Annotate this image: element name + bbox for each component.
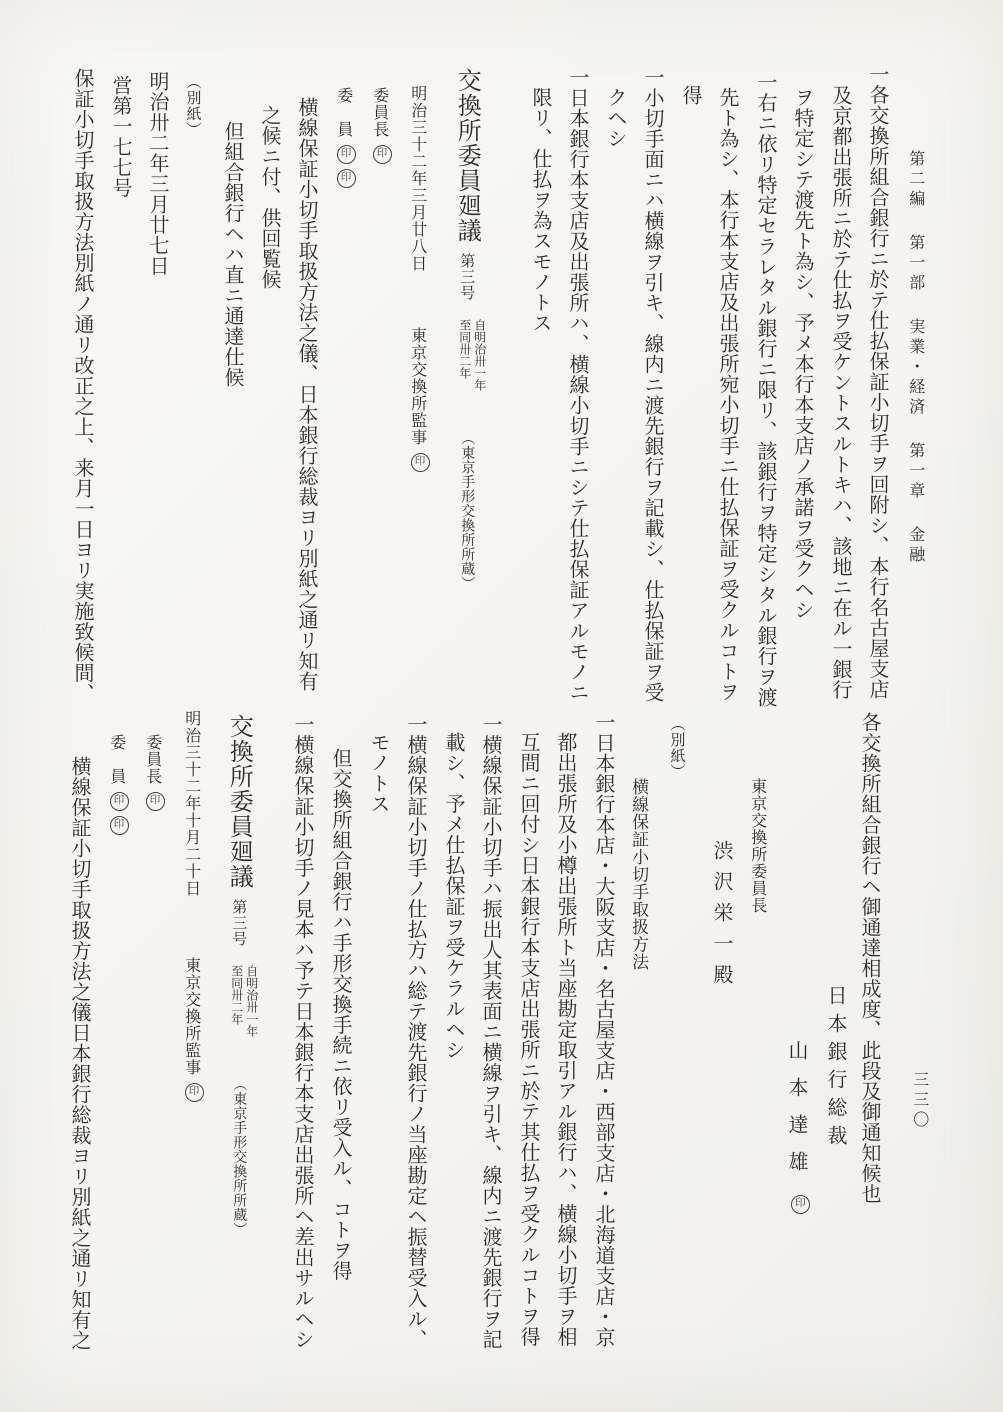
text-run: 交換所委員廻議 [222, 714, 253, 889]
text-run: 一日本銀行本店・大阪支店・名古屋支店・西部支店・北海道支店・京 [590, 712, 616, 1348]
second-notice: 三三〇各交換所組合銀行ヘ御通達相成度、此段及御通知候也日本銀行総裁山本達雄印東京… [0, 0, 1003, 1412]
page-number: 三三〇 [908, 1071, 929, 1131]
text-run: 山本達雄 [783, 1040, 809, 1188]
addressee-name: 渋沢栄一殿 [708, 840, 734, 995]
rule-1-line-1: 一日本銀行本店・大阪支店・名古屋支店・西部支店・北海道支店・京 [590, 712, 616, 1348]
text-run: モノトス [365, 732, 391, 814]
rule-2-line-1: 一横線保証小切手ハ振出人其表面ニ横線ヲ引キ、線内ニ渡先銀行ヲ記 [477, 714, 503, 1350]
chairman-signature-2: 委員長印 [141, 734, 165, 811]
text-run: 明治三十二年十月二十日 [180, 710, 201, 897]
rules-title: 横線保証小切手取扱方法 [627, 778, 649, 971]
text-run: 一横線保証小切手ノ仕払方ハ総テ渡先銀行ノ当座勘定ヘ振替受入ル、 [402, 714, 428, 1350]
governor-name: 山本達雄印 [783, 1040, 810, 1214]
governor-title: 日本銀行総裁 [822, 985, 848, 1153]
date-range-to: 至同卅二年 [229, 965, 244, 1037]
rule-3-proviso: 但交換所組合銀行ハ手形交換手続ニ依リ受入ル、コトヲ得 [327, 748, 353, 1281]
text-run: 東京交換所監事 [180, 957, 201, 1076]
text-run: 自明治卅一年至同卅二年 [229, 965, 259, 1037]
governor-seal-icon: 印 [791, 1195, 810, 1214]
auditor-seal-icon-2: 印 [185, 1083, 204, 1102]
text-run: 各交換所組合銀行ヘ御通達相成度、此段及御通知候也 [856, 712, 882, 1204]
rule-1-line-3: 互間ニ回付シ日本銀行本支店出張所ニ於テ其仕払ヲ受クルコトヲ得 [515, 732, 541, 1347]
text-run: 一横線保証小切手ノ見本ハ予テ日本銀行本支店出張所ヘ差出サルヘシ [289, 714, 315, 1350]
attachment-label-2: （別紙） [666, 716, 686, 780]
text-run: 但交換所組合銀行ハ手形交換手続ニ依リ受入ル、コトヲ得 [327, 748, 353, 1281]
chairman-seal-icon-2: 印 [146, 792, 165, 811]
text-run: 互間ニ回付シ日本銀行本支店出張所ニ於テ其仕払ヲ受クルコトヲ得 [515, 732, 541, 1347]
text-run: 東京交換所委員長 [746, 778, 767, 914]
source-heading-2: 交換所委員廻議第三号自明治卅一年至同卅二年（東京手形交換所所蔵） [222, 714, 259, 1237]
rule-2-line-2: 載シ、予メ仕払保証ヲ受ケラルヘシ [440, 732, 466, 1060]
date-range-from: 自明治卅一年 [244, 965, 259, 1037]
text-run: （東京手形交換所所蔵） [229, 1077, 247, 1237]
text-run: 三三〇 [908, 1071, 929, 1131]
addressee-title: 東京交換所委員長 [746, 778, 767, 914]
text-run: 一横線保証小切手ハ振出人其表面ニ横線ヲ引キ、線内ニ渡先銀行ヲ記 [477, 714, 503, 1350]
book-page: 第二編第一部実業・経済第一章金融一各交換所組合銀行ニ於テ仕払保証小切手ヲ回附シ、… [0, 0, 1003, 1412]
text-run: 第三号 [228, 899, 248, 947]
rule-4-line-1: 一横線保証小切手ノ見本ハ予テ日本銀行本支店出張所ヘ差出サルヘシ [289, 714, 315, 1350]
text-run: 委員長 [141, 734, 162, 785]
rule-1-line-2: 都出張所及小樽出張所ト当座勘定取引アル銀行ハ、横線小切手ヲ相 [552, 732, 578, 1347]
text-run: 都出張所及小樽出張所ト当座勘定取引アル銀行ハ、横線小切手ヲ相 [552, 732, 578, 1347]
text-run: 委 員 [105, 734, 126, 785]
text-run: 渋沢栄一殿 [708, 840, 734, 995]
date-and-auditor-2: 明治三十二年十月二十日東京交換所監事印 [180, 710, 204, 1102]
rule-3-line-2: モノトス [365, 732, 391, 814]
rule-3-line-1: 一横線保証小切手ノ仕払方ハ総テ渡先銀行ノ当座勘定ヘ振替受入ル、 [402, 714, 428, 1350]
text-run: 載シ、予メ仕払保証ヲ受ケラルヘシ [440, 732, 466, 1060]
letter-body-line-2: 各交換所組合銀行ヘ御通達相成度、此段及御通知候也 [856, 712, 882, 1204]
member-seal-icon-3: 印 [110, 792, 129, 811]
text-run: 横線保証小切手取扱方法之儀日本銀行総裁ヨリ別紙之通リ知有之 [66, 756, 92, 1351]
member-seal-icon-4: 印 [110, 816, 129, 835]
circular-body-2: 横線保証小切手取扱方法之儀日本銀行総裁ヨリ別紙之通リ知有之 [66, 756, 92, 1351]
members-signature-2: 委 員印印 [105, 734, 129, 835]
text-run: 日本銀行総裁 [822, 985, 848, 1153]
text-run: （別紙） [666, 716, 686, 780]
text-run: 横線保証小切手取扱方法 [627, 778, 649, 971]
